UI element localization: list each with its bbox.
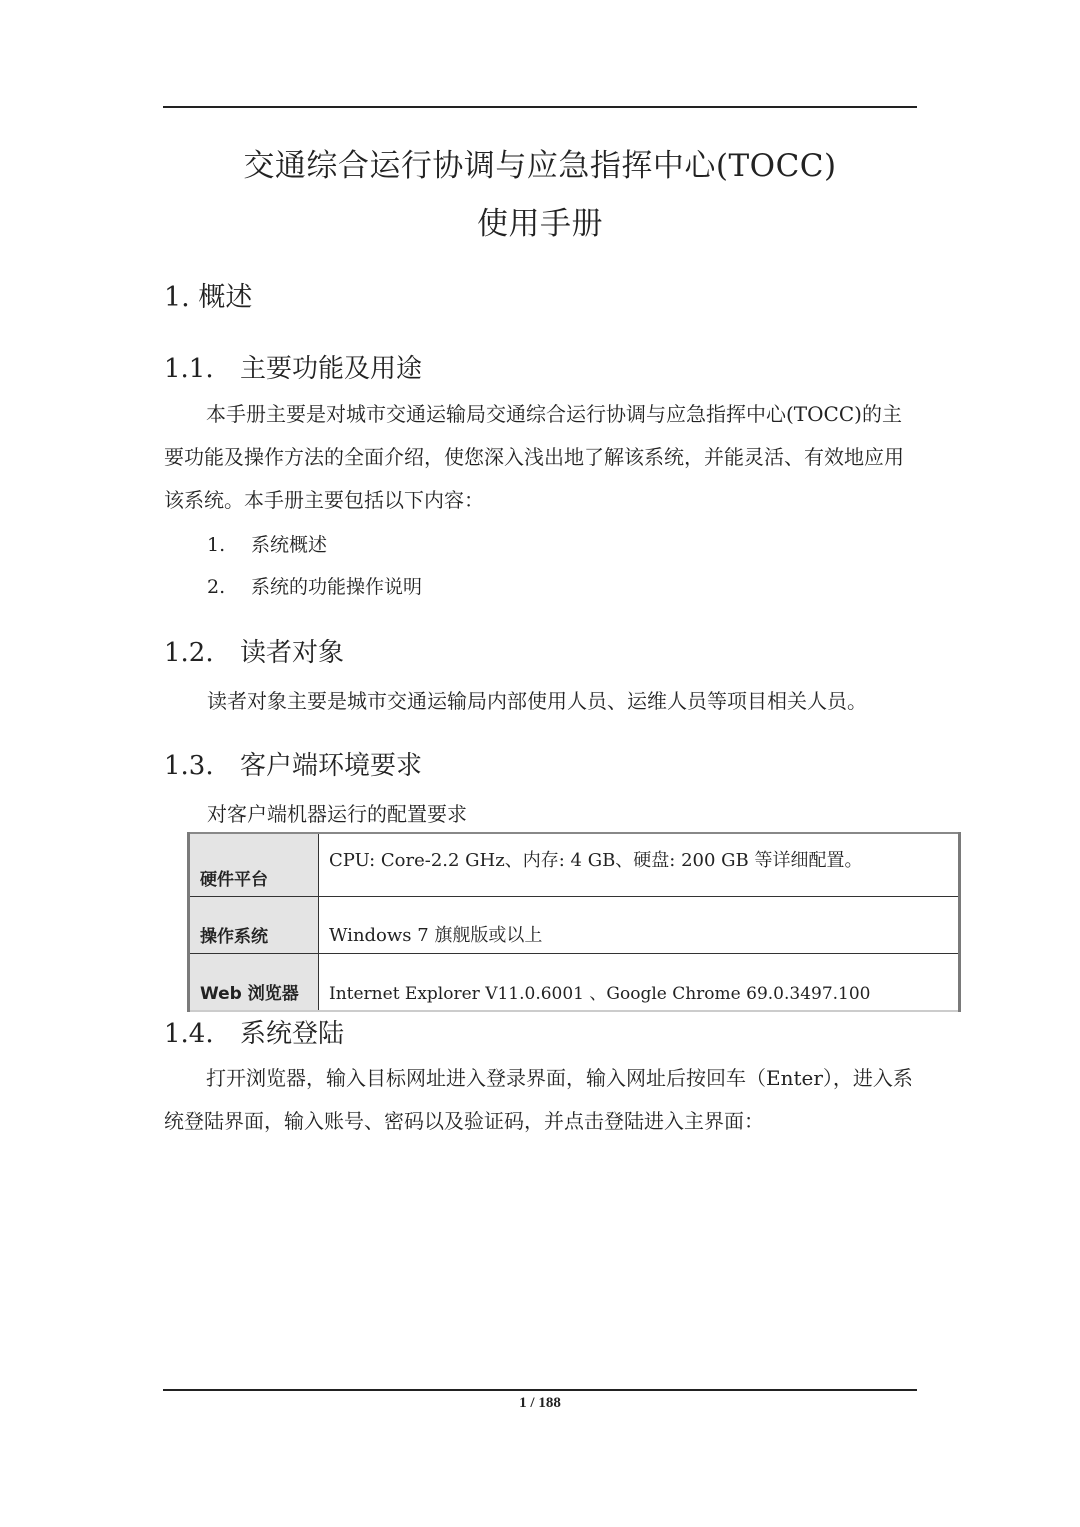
header-rule <box>163 106 917 108</box>
section-title: 系统登陆 <box>240 1019 344 1049</box>
list-number: 2. <box>207 576 251 598</box>
row-value: Internet Explorer V11.0.6001 、Google Chr… <box>319 954 960 1012</box>
paragraph-readers: 读者对象主要是城市交通运输局内部使用人员、运维人员等项目相关人员。 <box>207 685 867 714</box>
footer-rule <box>163 1389 917 1391</box>
table-row: 操作系统 Windows 7 旗舰版或以上 <box>189 897 960 954</box>
section-heading-1-1: 1.1.主要功能及用途 <box>164 348 422 385</box>
table-row: Web 浏览器 Internet Explorer V11.0.6001 、Go… <box>189 954 960 1012</box>
list-text: 系统概述 <box>251 534 327 556</box>
table-intro: 对客户端机器运行的配置要求 <box>207 798 467 827</box>
document-title: 交通综合运行协调与应急指挥中心(TOCC) <box>0 140 1080 185</box>
table-row: 硬件平台 CPU: Core-2.2 GHz、内存: 4 GB、硬盘: 200 … <box>189 833 960 897</box>
paragraph-text: 打开浏览器，输入目标网址进入登录界面，输入网址后按回车（Enter），进入系统登… <box>164 1066 913 1133</box>
row-label: 硬件平台 <box>189 833 319 897</box>
list-text: 系统的功能操作说明 <box>251 576 422 598</box>
requirements-table: 硬件平台 CPU: Core-2.2 GHz、内存: 4 GB、硬盘: 200 … <box>187 832 961 1012</box>
row-value: CPU: Core-2.2 GHz、内存: 4 GB、硬盘: 200 GB 等详… <box>319 833 960 897</box>
section-title: 读者对象 <box>240 638 344 668</box>
paragraph-purpose: 本手册主要是对城市交通运输局交通综合运行协调与应急指挥中心(TOCC)的主要功能… <box>164 393 918 522</box>
paragraph-text: 本手册主要是对城市交通运输局交通综合运行协调与应急指挥中心(TOCC)的主要功能… <box>164 402 904 512</box>
section-heading-1-2: 1.2.读者对象 <box>164 632 344 669</box>
section-heading-1: 1. 概述 <box>164 275 252 314</box>
section-number: 1.3. <box>164 751 240 781</box>
row-label: 操作系统 <box>189 897 319 954</box>
list-item: 1.系统概述 <box>207 530 327 557</box>
section-number: 1.4. <box>164 1019 240 1049</box>
section-heading-1-3: 1.3.客户端环境要求 <box>164 745 422 782</box>
paragraph-login: 打开浏览器，输入目标网址进入登录界面，输入网址后按回车（Enter），进入系统登… <box>164 1057 918 1143</box>
page-number: 1 / 188 <box>0 1395 1080 1412</box>
section-number: 1.2. <box>164 638 240 668</box>
list-number: 1. <box>207 534 251 556</box>
section-title: 客户端环境要求 <box>240 751 422 781</box>
list-item: 2.系统的功能操作说明 <box>207 572 422 599</box>
row-value: Windows 7 旗舰版或以上 <box>319 897 960 954</box>
section-number: 1.1. <box>164 354 240 384</box>
section-heading-1-4: 1.4.系统登陆 <box>164 1013 344 1050</box>
section-title: 主要功能及用途 <box>240 354 422 384</box>
document-subtitle: 使用手册 <box>0 198 1080 243</box>
row-label: Web 浏览器 <box>189 954 319 1012</box>
